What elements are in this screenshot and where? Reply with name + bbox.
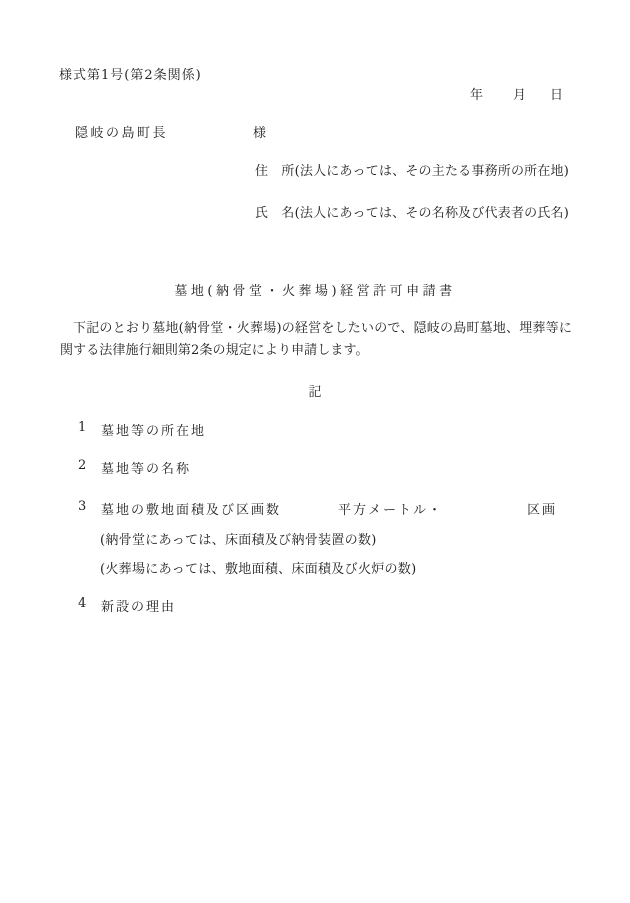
item-2-label: 墓地等の名称 [101,458,191,477]
item-3-note-crematorium: (火葬場にあっては、敷地面積、床面積及び火炉の数) [100,558,417,577]
item-2-number: 2 [78,458,86,473]
document-title: 墓地(納骨堂・火葬場)経営許可申請書 [0,280,630,299]
item-3-note-ossuary: (納骨堂にあっては、床面積及び納骨装置の数) [100,529,377,548]
item-1-label: 墓地等の所在地 [101,420,206,439]
item-3-label: 墓地の敷地面積及び区画数 [101,499,281,518]
year-label: 年 [470,88,483,103]
item-1-number: 1 [78,420,86,435]
item-3-number: 3 [78,499,86,514]
form-number: 様式第1号(第2条関係) [59,64,202,83]
applicant-name-label: 氏 名(法人にあっては、その名称及び代表者の氏名) [255,202,569,221]
item-3-unit-lots: 区画 [527,499,557,518]
item-4-number: 4 [78,596,86,611]
addressee-title: 隠岐の島町長 [75,122,168,141]
document-page: 様式第1号(第2条関係) 年月日 隠岐の島町長 様 住 所(法人にあっては、その… [0,0,630,903]
item-4-label: 新設の理由 [101,596,176,615]
item-3-unit-square-meters: 平方メートル・ [338,499,443,518]
month-label: 月 [513,88,526,103]
application-body-text: 下記のとおり墓地(納骨堂・火葬場)の経営をしたいので、隠岐の島町墓地、埋葬等に関… [60,318,572,362]
date-line: 年月日 [470,84,563,103]
addressee-honorific: 様 [253,122,266,141]
day-label: 日 [550,88,563,103]
applicant-address-label: 住 所(法人にあっては、その主たる事務所の所在地) [255,160,569,179]
record-heading: 記 [0,381,630,400]
